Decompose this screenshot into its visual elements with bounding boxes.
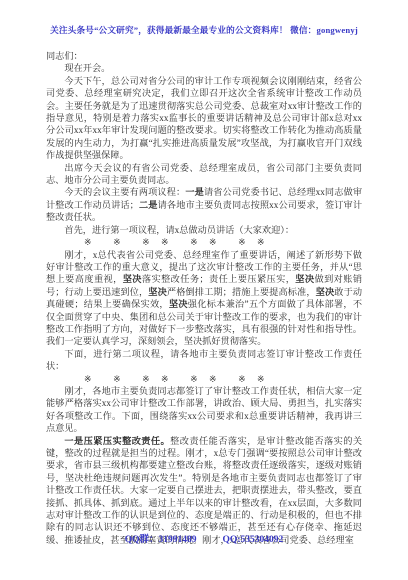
paragraph: 今天下午，总公司对省分公司的审计工作专项视频会议刚刚结束，经省公司党委、总经理室… bbox=[46, 75, 362, 162]
paragraph: 首先，进行第一项议程，请x总做动员讲话（大家欢迎）： bbox=[46, 224, 362, 236]
emphasis-run: 一是压紧压实整改责任。 bbox=[64, 436, 170, 446]
text-run: 出席今天会议的有省公司党委、总经理室成员，省公司部门主要负责同志、地市分公司主要… bbox=[46, 163, 362, 185]
paragraph: 刚才，各地市主要负责同志都签订了审计整改工作责任状，相信大家一定能够严格落实xx… bbox=[46, 385, 362, 435]
text-run: 严格倒排工期；措施上要提高标准， bbox=[167, 287, 316, 297]
text-run: 今天的会议主要有两项议程： bbox=[64, 187, 185, 197]
text-run: 落实整改任务；责任上要压紧压实， bbox=[142, 274, 295, 284]
emphasis-run: 坚决 bbox=[148, 287, 167, 297]
paragraph: 下面，进行第二项议程，请各地市主要负责同志签订审计整改工作责任状： bbox=[46, 348, 362, 373]
footer-qq: QQ:535304092 bbox=[223, 535, 284, 545]
text-run: 今天下午，总公司对省分公司的审计工作专项视频会议刚刚结束，经省公司党委、总经理室… bbox=[46, 76, 362, 160]
emphasis-run: 坚决 bbox=[295, 274, 314, 284]
paragraph: 一是压紧压实整改责任。整改责任能否落实，是审计整改能否落实的关键，整改的过程就是… bbox=[46, 435, 362, 547]
emphasis-run: 二是 bbox=[139, 200, 158, 210]
emphasis-run: 坚决 bbox=[316, 287, 335, 297]
paragraph: 现在开会。 bbox=[46, 62, 362, 74]
text-run: 整改责任能否落实，是审计整改能否落实的关键，整改的过程就是担当的过程。刚才，x总… bbox=[46, 436, 362, 545]
footer-contact-line: QQ群：31991489QQ:535304092 bbox=[0, 531, 408, 545]
paragraph: 刚才，x总代表省公司党委、总经理室作了重要讲话，阐述了新形势下做好审计整改工作的… bbox=[46, 249, 362, 348]
emphasis-run: 坚决 bbox=[169, 299, 188, 309]
footer-qq-group: QQ群：31991489 bbox=[125, 535, 197, 545]
text-run: 刚才，各地市主要负责同志都签订了审计整改工作责任状，相信大家一定能够严格落实xx… bbox=[46, 386, 362, 433]
section-divider-stars: ※ ※ ※ ※ ※ ※ ※ ※ bbox=[46, 236, 362, 248]
text-run: 现在开会。 bbox=[64, 63, 110, 73]
header-promo-notice: 关注头条号“公文研究”，获得最新最全最专业的公文资料库！ 微信：gongweny… bbox=[0, 24, 408, 36]
paragraph: 出席今天会议的有省公司党委、总经理室成员，省公司部门主要负责同志、地市分公司主要… bbox=[46, 162, 362, 187]
paragraph: 今天的会议主要有两项议程：一是请省公司党委书记、总经理xx同志做审计整改工作动员… bbox=[46, 186, 362, 223]
text-run: ※ ※ ※ ※ ※ ※ ※ ※ bbox=[84, 237, 266, 247]
section-divider-stars: ※ ※ ※ ※ ※ ※ ※ ※ bbox=[46, 373, 362, 385]
emphasis-run: 一是 bbox=[185, 187, 204, 197]
text-run: 首先，进行第一项议程，请x总做动员讲话（大家欢迎）： bbox=[64, 225, 294, 235]
document-page: 关注头条号“公文研究”，获得最新最全最专业的公文资料库！ 微信：gongweny… bbox=[0, 0, 408, 580]
emphasis-run: 坚决 bbox=[123, 274, 142, 284]
salutation: 同志们： bbox=[46, 50, 362, 62]
document-body: 同志们： 现在开会。今天下午，总公司对省分公司的审计工作专项视频会议刚刚结束，经… bbox=[46, 50, 362, 546]
text-run: 下面，进行第二项议程，请各地市主要负责同志签订审计整改工作责任状： bbox=[46, 349, 362, 371]
text-run: ※ ※ ※ ※ ※ ※ ※ ※ bbox=[84, 374, 266, 384]
